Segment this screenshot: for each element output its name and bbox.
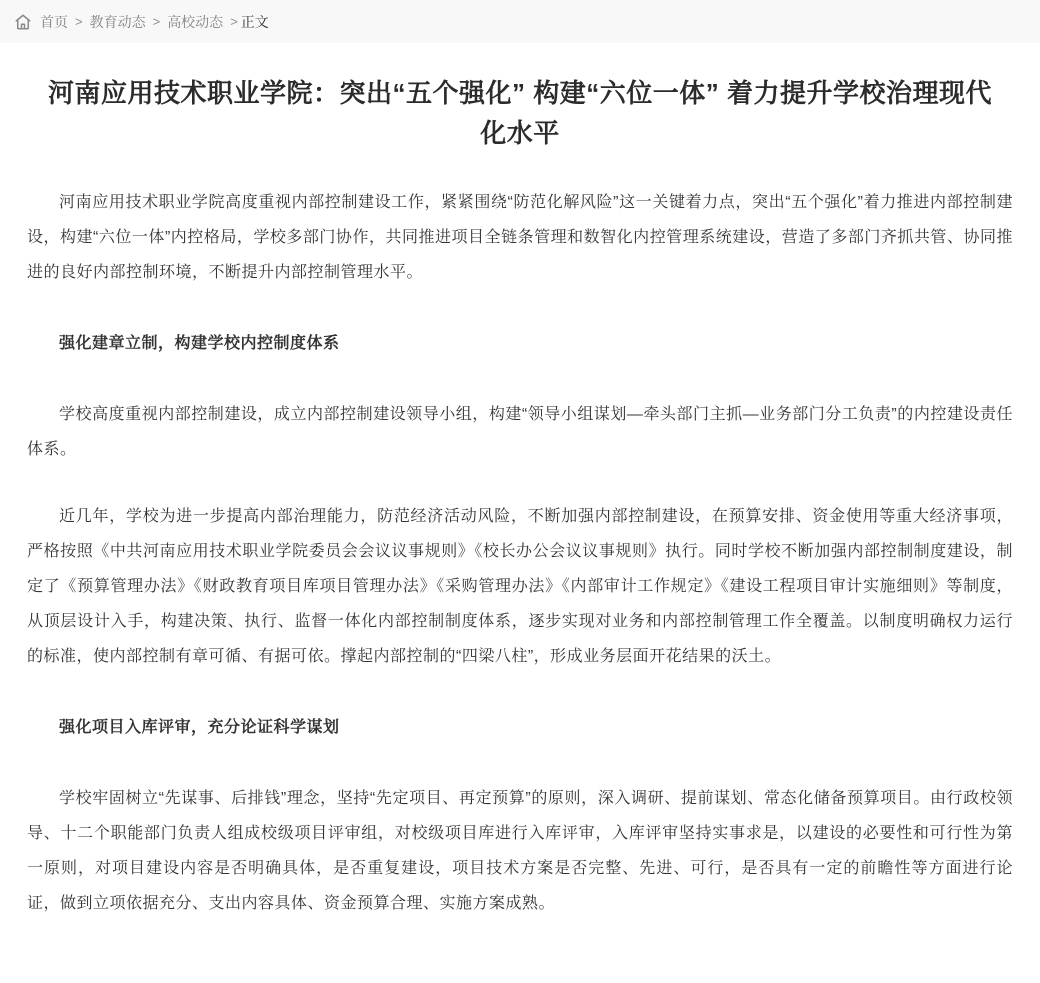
breadcrumb-separator: > <box>153 14 161 29</box>
breadcrumb-item-college-news[interactable]: 高校动态 <box>167 12 223 32</box>
breadcrumb-item-education-news[interactable]: 教育动态 <box>90 12 146 32</box>
article-body: 河南应用技术职业学院：突出“五个强化” 构建“六位一体” 着力提升学校治理现代化… <box>0 73 1040 983</box>
breadcrumb-separator: > <box>230 14 238 29</box>
page: 首页 > 教育动态 > 高校动态 > 正文 河南应用技术职业学院：突出“五个强化… <box>0 0 1040 983</box>
article-paragraph-4: 学校牢固树立“先谋事、后排钱”理念，坚持“先定项目、再定预算”的原则，深入调研、… <box>27 781 1013 921</box>
home-icon[interactable] <box>14 13 32 31</box>
article-paragraph-1: 河南应用技术职业学院高度重视内部控制建设工作，紧紧围绕“防范化解风险”这一关键着… <box>27 185 1013 290</box>
breadcrumb: 首页 > 教育动态 > 高校动态 > 正文 <box>0 0 1040 43</box>
section-heading-2: 强化项目入库评审，充分论证科学谋划 <box>27 710 1013 745</box>
article-paragraph-2: 学校高度重视内部控制建设，成立内部控制建设领导小组，构建“领导小组谋划—牵头部门… <box>27 397 1013 467</box>
article-paragraph-3: 近几年，学校为进一步提高内部治理能力，防范经济活动风险，不断加强内部控制建设，在… <box>27 499 1013 674</box>
section-heading-1: 强化建章立制，构建学校内控制度体系 <box>27 326 1013 361</box>
breadcrumb-separator: > <box>75 14 83 29</box>
breadcrumb-item-home[interactable]: 首页 <box>40 12 68 32</box>
article-title: 河南应用技术职业学院：突出“五个强化” 构建“六位一体” 着力提升学校治理现代化… <box>37 73 1003 153</box>
breadcrumb-item-current: 正文 <box>241 12 269 32</box>
